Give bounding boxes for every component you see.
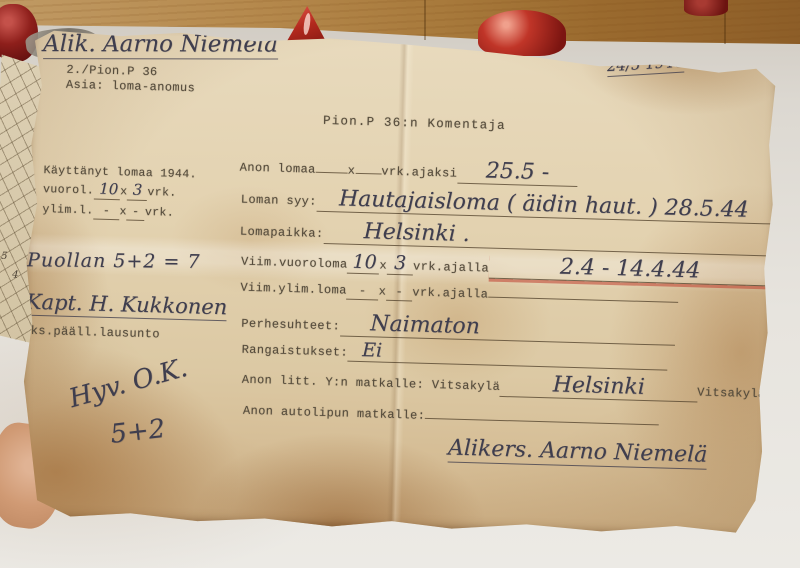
field-label: ylim.l. [42,203,93,217]
entry-line: 25.5 - [457,158,578,187]
field-label: Vitsakylä [697,385,766,401]
handwritten-entry: Hautajaisloma ( äidin haut. ) 28.5.44 [339,186,749,222]
field-label: vuorol. [43,183,94,197]
field-label: Loman syy: [241,193,317,209]
used-leave-line: ylim.l. - x - vrk. [42,199,232,223]
form-row-anon-autolipun: Anon autolipun matkalle: [243,404,659,430]
approval-handwritten: Hyv. O.K. [66,353,191,414]
plank-seam [424,0,426,40]
form-row-anon-lomaa: Anon lomaa x vrk.ajaksi 25.5 - [239,152,578,187]
map-number: 4 [12,269,19,280]
handwritten-entry: 2.4 - 14.4.44 [560,255,701,284]
form-row-anon-litt: Anon litt. Y:n matkalle: Vitsakylä Helsi… [242,364,767,405]
field-label: Perhesuhteet: [241,317,340,334]
typed-entry: - [103,205,111,218]
photo-of-document: { "colors": { "wood": "#a87a3c", "table"… [0,0,800,568]
approval-numbers: 5+2 [109,414,167,450]
entry-line: 10 [347,251,380,275]
subject-line: Asia: loma-anomus [66,78,196,96]
entry-line: 3 [127,180,148,201]
field-label: vrk.ajalla [412,285,488,301]
handwritten-entry: Helsinki . [363,219,470,247]
field-label: vrk. [147,186,177,200]
entry-line: - [93,201,120,221]
field-label: vrk.ajaksi [381,165,457,181]
typed-entry: - [395,285,403,299]
leave-application-document: Alik. Aarno Niemelä 2./Pion.P 36 Asia: l… [18,26,780,541]
entry-line: 3 [387,252,414,276]
date-handwritten: 24/5 1944 [606,53,684,78]
field-label: Anon lomaa [240,161,316,177]
handwritten-entry: 25.5 - [486,158,550,185]
entry-line: - [386,282,413,302]
field-label: Lomapaikka: [240,225,324,241]
unit-line: 2./Pion.P 36 [66,63,158,80]
field-label: x [348,164,356,178]
handwritten-entry: 3 [132,181,142,199]
typed-entry: - [359,284,367,298]
used-leave-block: Käyttänyt lomaa 1944. vuorol. 10 x 3 vrk… [42,164,233,224]
blank-line [488,297,678,303]
entry-line: - [127,201,146,220]
entry-line: Helsinki [500,371,698,402]
typed-entry: - [132,206,140,219]
blank-line [355,173,381,175]
red-ball-ornament [478,10,566,56]
endorsement-handwritten: Puollan 5+2 = 7 [27,249,201,273]
handwritten-entry: 10 [99,180,119,199]
handwritten-entry: 10 [352,251,377,274]
handwritten-entry: 3 [394,252,407,274]
handwritten-entry: Helsinki [552,372,645,400]
blank-line [425,418,658,426]
entry-line: 10 [94,180,121,201]
entry-line: Hautajaisloma ( äidin haut. ) 28.5.44 [317,186,772,225]
field-label: Anon autolipun matkalle: [243,404,426,423]
commander-signature: Kapt. H. Kukkonen [26,290,228,322]
handwritten-entry: Ei [362,339,383,362]
field-label: Viim.vuoroloma [241,255,348,272]
entry-line: - [347,281,380,301]
field-label: Rangaistukset: [241,343,348,360]
document-title: Pion.P 36:n Komentaja [323,114,506,133]
red-ornament-right [684,0,728,16]
blank-line [316,172,348,174]
field-label: Viim.ylim.loma [240,281,347,298]
form-row-viim-ylim-loma: Viim.ylim.loma - x - vrk.ajalla [240,278,678,309]
commander-caption: Yks.pääll.lausunto [23,324,160,342]
field-label: vrk.ajalla [413,259,489,275]
applicant-name-handwritten: Alik. Aarno Niemelä [43,31,278,59]
field-label: vrk. [145,206,175,220]
entry-line-red-underline: 2.4 - 14.4.44 [489,253,772,287]
map-number: 5 [1,251,8,262]
handwritten-entry: Naimaton [370,311,480,339]
applicant-signature: Alikers. Aarno Niemelä [448,436,708,470]
field-label: Anon litt. Y:n matkalle: Vitsakylä [242,373,501,394]
